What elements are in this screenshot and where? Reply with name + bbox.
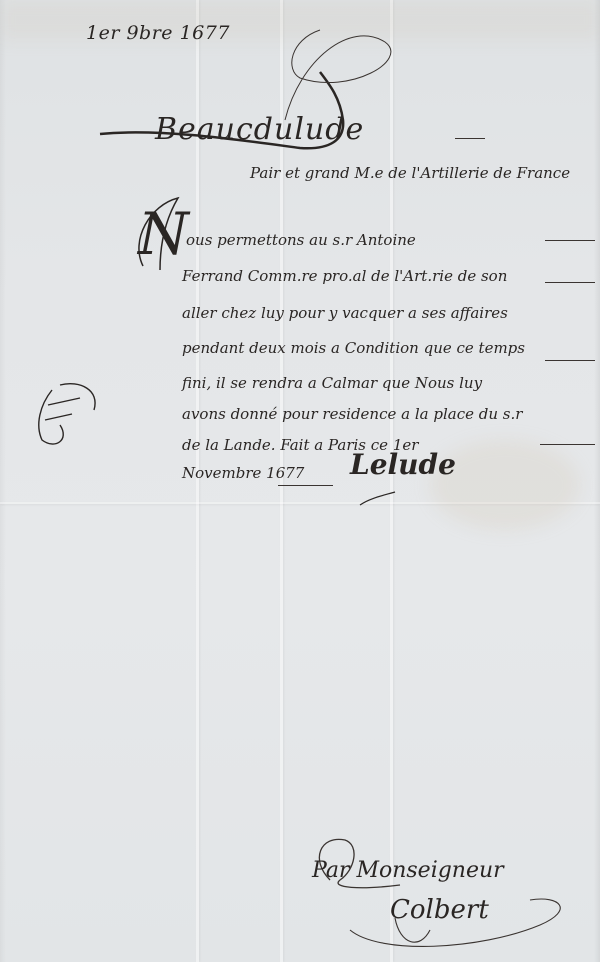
title-dash — [455, 138, 485, 139]
line-filler — [545, 282, 595, 283]
body-line: pendant deux mois a Condition que ce tem… — [182, 339, 525, 357]
body-line: ous permettons au s.r Antoine — [186, 231, 416, 249]
line-filler — [545, 240, 595, 241]
countersign-prefix: Par Monseigneur — [312, 858, 504, 883]
date-underline — [278, 485, 333, 486]
body-line: aller chez luy pour y vacquer a ses affa… — [182, 304, 508, 322]
document-subtitle: Pair et grand M.e de l'Artillerie de Fra… — [250, 164, 570, 182]
body-line: avons donné pour residence a la place du… — [182, 405, 522, 423]
manuscript-page: 1er 9bre 1677 Beaucdulude Pair et grand … — [0, 0, 600, 962]
body-line: Ferrand Comm.re pro.al de l'Art.rie de s… — [182, 267, 507, 285]
body-line: fini, il se rendra a Calmar que Nous luy — [182, 374, 482, 392]
line-filler — [540, 444, 595, 445]
line-filler — [545, 360, 595, 361]
decorated-initial: N — [138, 205, 189, 263]
date-note: 1er 9bre 1677 — [86, 22, 230, 44]
paper-fold — [390, 0, 393, 962]
document-title: Beaucdulude — [155, 112, 364, 147]
signature-lelude: Lelude — [350, 448, 456, 481]
signature-colbert: Colbert — [390, 895, 489, 925]
body-line: Novembre 1677 — [182, 464, 304, 482]
